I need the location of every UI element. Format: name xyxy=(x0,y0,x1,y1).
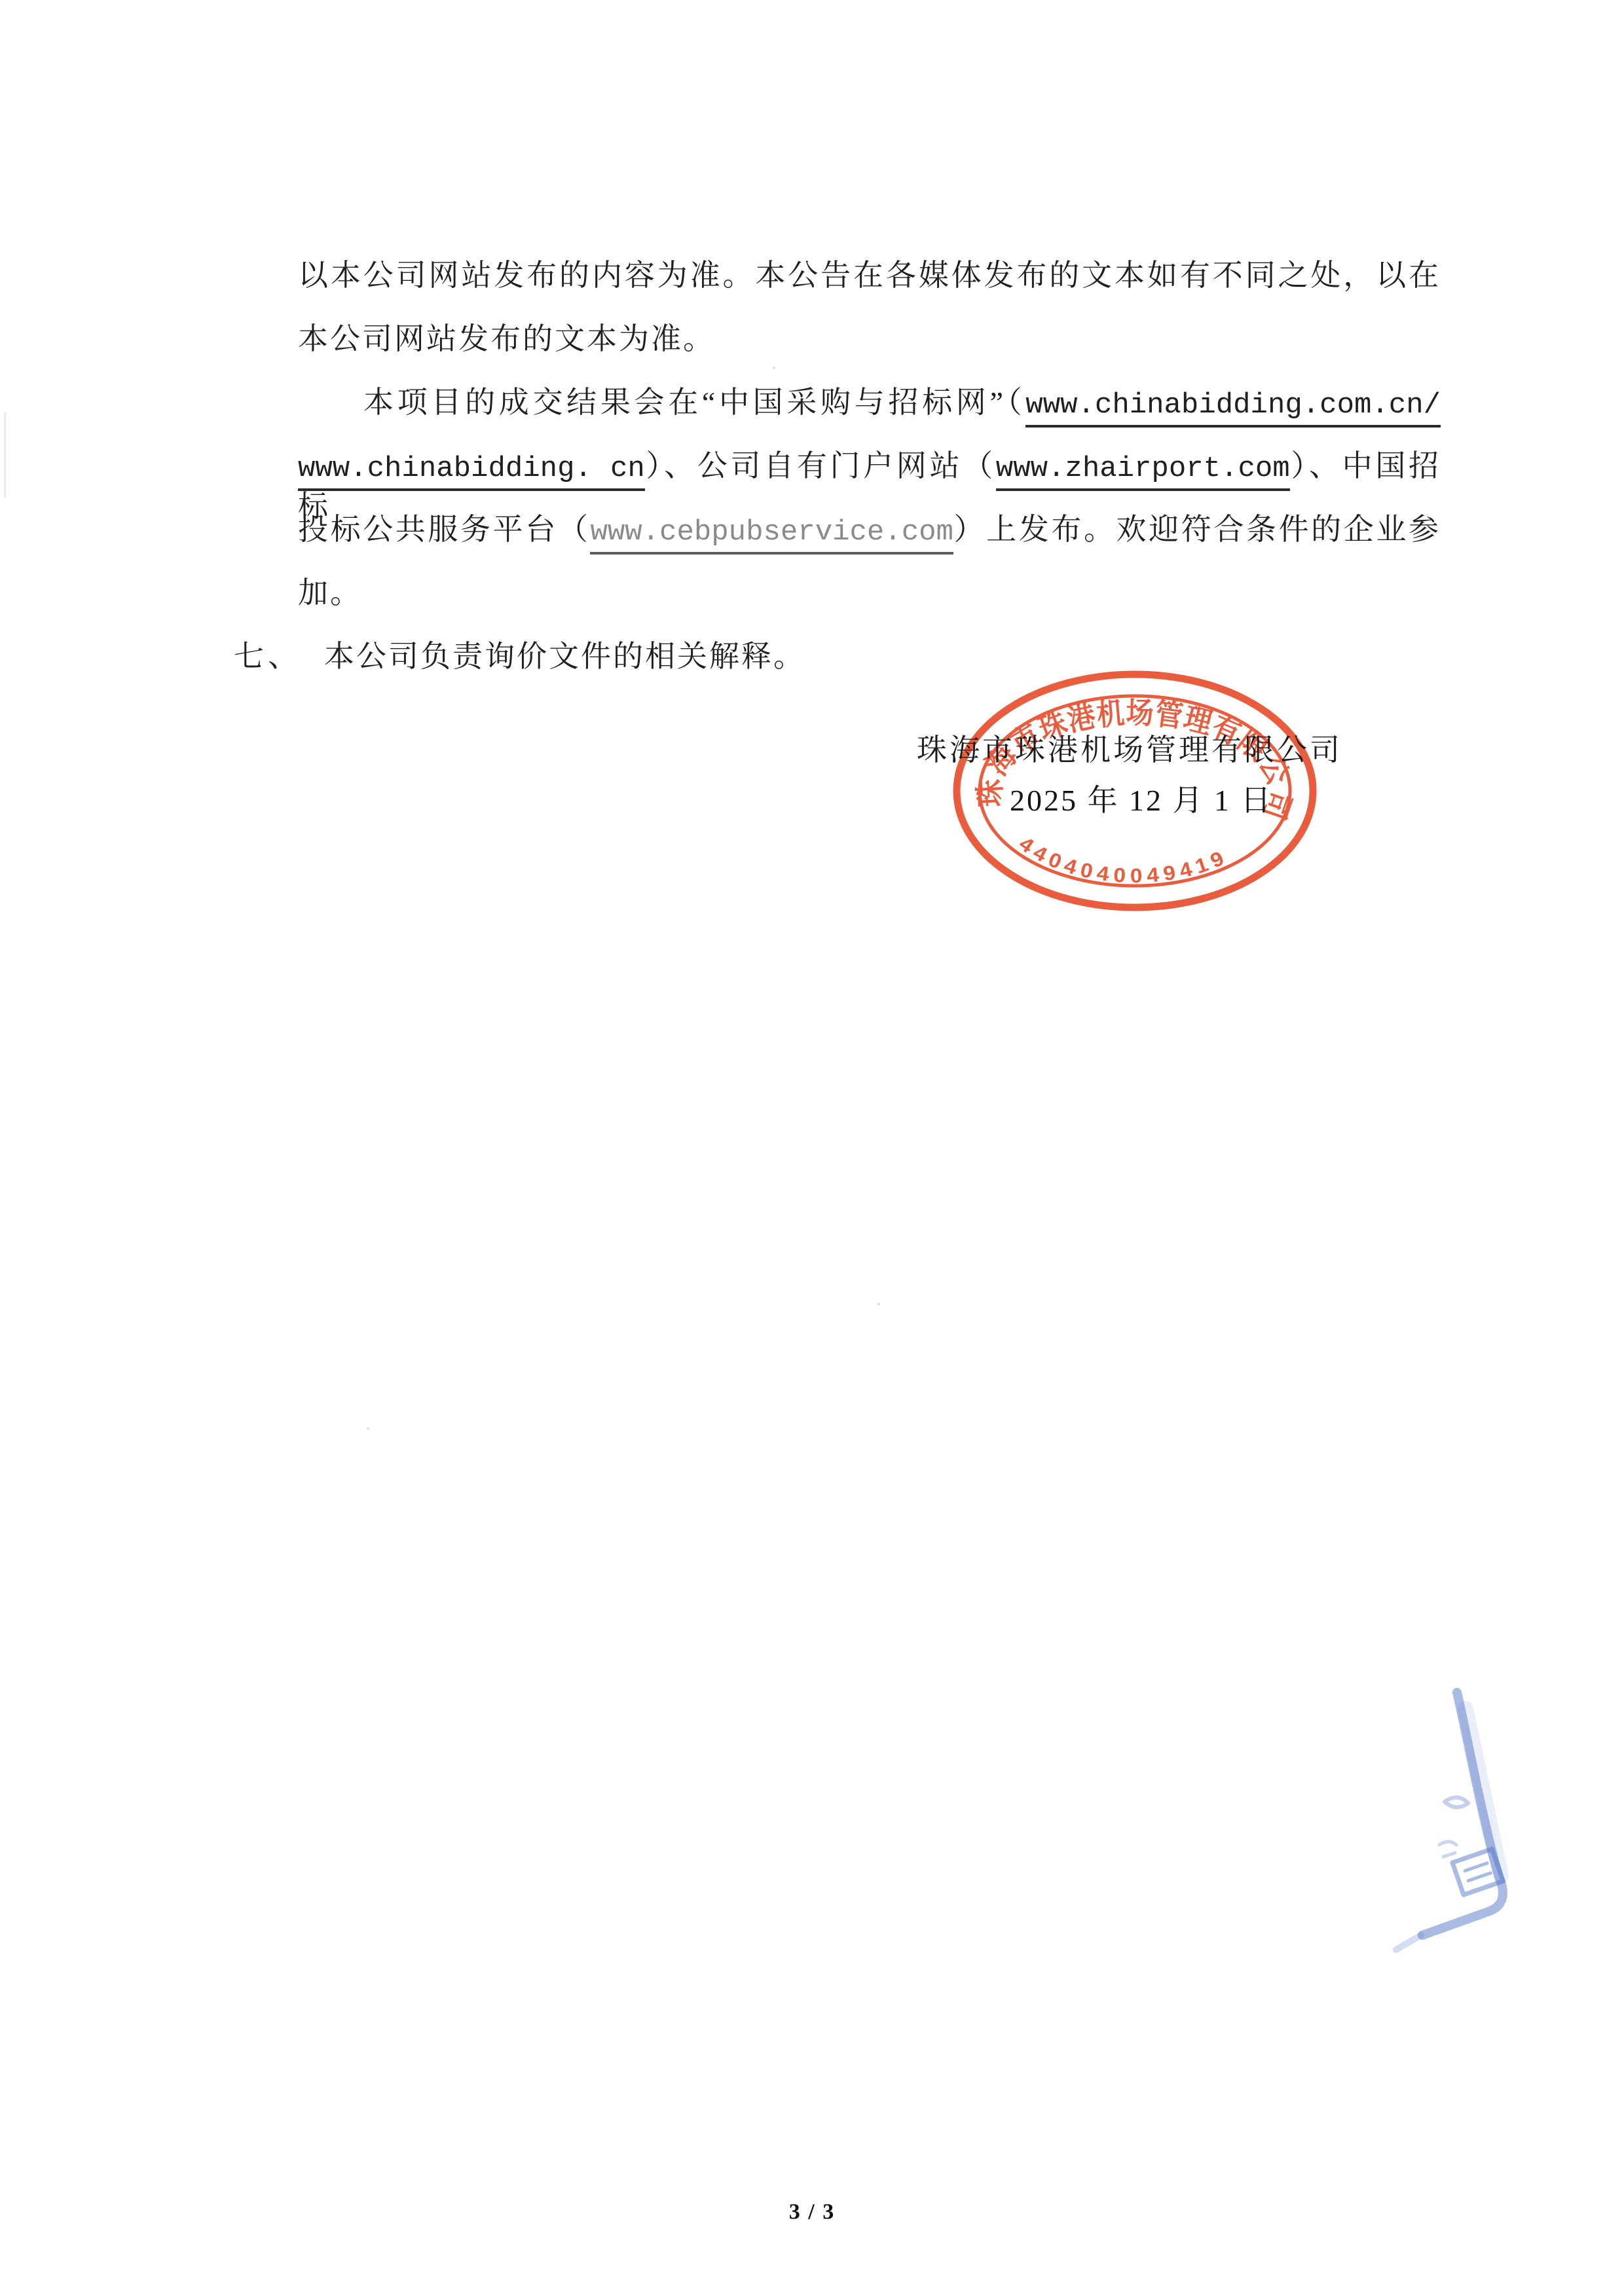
body-line-5: 投标公共服务平台（www.cebpubservice.com）上发布。欢迎符合条… xyxy=(298,511,1441,574)
link-zhairport-com[interactable]: www.zhairport.com xyxy=(996,452,1290,491)
body-line-6-text: 加。 xyxy=(298,576,362,610)
document-page: 以本公司网站发布的内容为准。本公告在各媒体发布的文本如有不同之处，以在 本公司网… xyxy=(0,0,1624,2296)
signature-date: 2025 年 12 月 1 日 xyxy=(1010,782,1273,819)
blue-partial-stamp xyxy=(1375,1663,1611,1964)
link-chinabidding-com-cn[interactable]: www.chinabidding.com.cn/ xyxy=(1025,389,1441,428)
body-line-5-text-1: 投标公共服务平台（ xyxy=(298,513,590,546)
body-line-2: 本公司网站发布的文本为准。 xyxy=(298,320,1441,384)
link-cebpubservice-com[interactable]: www.cebpubservice.com xyxy=(590,516,953,555)
scan-speck xyxy=(877,1303,880,1305)
body-line-3-text: 本项目的成交结果会在“中国采购与招标网”（ xyxy=(363,386,1025,419)
body-line-6: 加。 xyxy=(298,574,1441,638)
body-line-5-text-2: ）上发布。欢迎符合条件的企业参 xyxy=(953,513,1441,546)
seal-serial-number: 4404040049419 xyxy=(1015,832,1232,888)
signature-company-name: 珠海市珠港机场管理有限公司 xyxy=(917,732,1342,769)
body-line-1: 以本公司网站发布的内容为准。本公告在各媒体发布的文本如有不同之处，以在 xyxy=(298,257,1441,320)
blue-stamp-glyph-trace-1 xyxy=(1445,1797,1468,1807)
scan-edge-artifact xyxy=(4,412,6,498)
body-line-2-text: 本公司网站发布的文本为准。 xyxy=(298,322,715,355)
body-line-1-text: 以本公司网站发布的内容为准。本公告在各媒体发布的文本如有不同之处，以在 xyxy=(298,259,1441,292)
blue-stamp-glyph-trace-2 xyxy=(1439,1842,1456,1857)
body-line-4-text-1: ）、公司自有门户网站（ xyxy=(645,449,996,483)
body-line-3: 本项目的成交结果会在“中国采购与招标网”（www.chinabidding.co… xyxy=(298,384,1441,447)
body-line-4: www.chinabidding. cn）、公司自有门户网站（www.zhair… xyxy=(298,447,1441,511)
link-chinabidding-cn[interactable]: www.chinabidding. cn xyxy=(298,452,645,491)
item-7-marker: 七、 xyxy=(234,640,302,673)
blue-stamp-border-fade xyxy=(1396,1935,1421,1950)
item-7-text: 本公司负责询价文件的相关解释。 xyxy=(324,640,805,673)
page-number: 3 / 3 xyxy=(0,2200,1624,2225)
scan-speck xyxy=(367,1427,369,1430)
body-text: 以本公司网站发布的内容为准。本公告在各媒体发布的文本如有不同之处，以在 本公司网… xyxy=(298,257,1441,701)
